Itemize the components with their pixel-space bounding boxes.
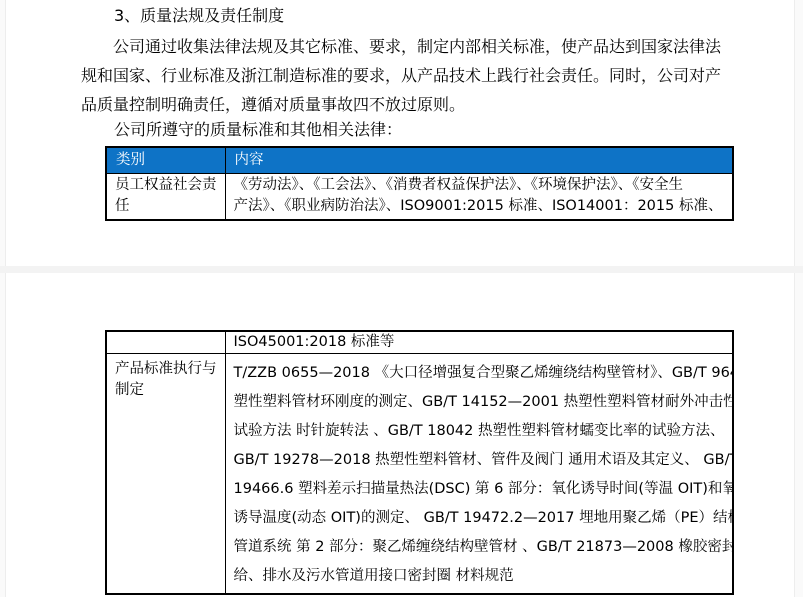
body-paragraph: 公司通过收集法律法规及其它标准、要求，制定内部相关标准，使产品达到国家法律法规和…: [81, 32, 729, 119]
column-header-category: 类别: [106, 147, 225, 173]
table-continuation-row: ISO45001:2018 标准等: [106, 331, 733, 354]
content-cell: ISO45001:2018 标准等: [225, 331, 733, 354]
page-break-gap: [0, 266, 803, 273]
category-cell-empty: [106, 331, 225, 354]
table-header-row: 类别 内容: [106, 147, 733, 173]
category-cell: 员工权益社会责任: [106, 173, 225, 220]
content-cell: 《劳动法》、《工会法》、《消费者权益保护法》、《环境保护法》、《安全生产法》、《…: [225, 173, 733, 220]
table-row: 产品标准执行与制定 T/ZZB 0655—2018 《大口径增强复合型聚乙烯缠绕…: [106, 354, 733, 595]
document-canvas: 3、质量法规及责任制度 公司通过收集法律法规及其它标准、要求，制定内部相关标准，…: [0, 0, 803, 597]
page-2: ISO45001:2018 标准等 产品标准执行与制定 T/ZZB 0655—2…: [5, 273, 795, 597]
standards-table-page2: ISO45001:2018 标准等 产品标准执行与制定 T/ZZB 0655—2…: [105, 330, 734, 595]
page-1: 3、质量法规及责任制度 公司通过收集法律法规及其它标准、要求，制定内部相关标准，…: [5, 0, 795, 266]
category-cell: 产品标准执行与制定: [106, 354, 225, 595]
standards-table-page1: 类别 内容 员工权益社会责任 《劳动法》、《工会法》、《消费者权益保护法》、《环…: [105, 146, 734, 221]
section-heading: 3、质量法规及责任制度: [114, 4, 284, 28]
column-header-content: 内容: [225, 147, 733, 173]
table-row: 员工权益社会责任 《劳动法》、《工会法》、《消费者权益保护法》、《环境保护法》、…: [106, 173, 733, 220]
content-cell: T/ZZB 0655—2018 《大口径增强复合型聚乙烯缠绕结构壁管材》、GB/…: [225, 354, 733, 595]
table-intro-text: 公司所遵守的质量标准和其他相关法律：: [114, 118, 402, 142]
